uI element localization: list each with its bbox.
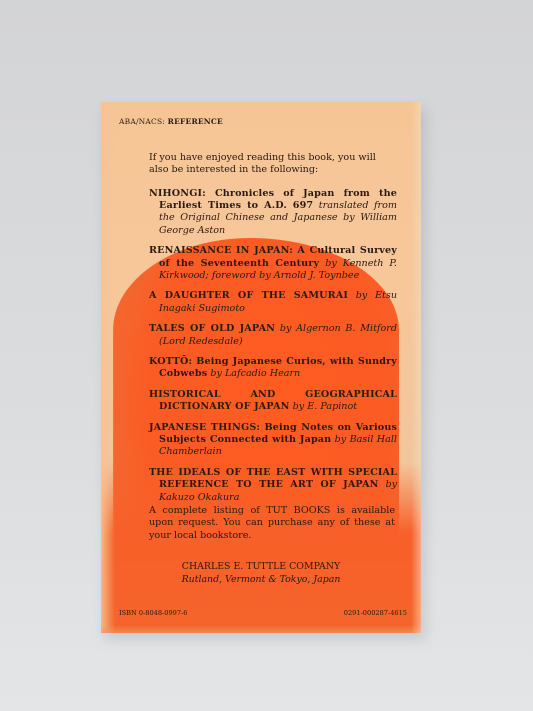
book-entry: JAPANESE THINGS: Being Notes on Various … [149,422,397,459]
category-value: REFERENCE [168,117,223,126]
book-entry: A DAUGHTER OF THE SAMURAI by Etsu Inagak… [149,290,397,314]
book-entry: RENAISSANCE IN JAPAN: A Cultural Survey … [149,245,397,282]
category-label: ABA/NACS: REFERENCE [119,117,223,126]
cover-text: ABA/NACS: REFERENCE If you have enjoyed … [101,102,421,633]
book-back-cover: ABA/NACS: REFERENCE If you have enjoyed … [101,102,421,633]
book-title: TALES OF OLD JAPAN [149,323,275,334]
publisher-name: CHARLES E. TUTTLE COMPANY [101,561,421,574]
book-entry: KOTTŌ: Being Japanese Curios, with Sundr… [149,356,397,380]
book-byline: by E. Papinot [293,401,357,412]
category-prefix: ABA/NACS: [119,117,165,126]
listing-note: A complete listing of TUT BOOKS is avail… [149,505,395,542]
publisher-address: Rutland, Vermont & Tokyo, Japan [101,574,421,587]
book-title: HISTORICAL AND GEOGRAPHICAL DICTIONARY O… [149,389,397,412]
intro-text: If you have enjoyed reading this book, y… [149,152,395,176]
publisher-block: CHARLES E. TUTTLE COMPANY Rutland, Vermo… [101,561,421,586]
book-entry: THE IDEALS OF THE EAST WITH SPECIAL REFE… [149,467,397,504]
book-entry: NIHONGI: Chronicles of Japan from the Ea… [149,188,397,237]
isbn-number: ISBN 0-8048-0997-6 [119,609,187,617]
product-code: 0291-000287-4615 [344,609,407,617]
book-byline: by Lafcadio Hearn [210,368,300,379]
book-entry: TALES OF OLD JAPAN by Algernon B. Mitfor… [149,323,397,347]
book-title: THE IDEALS OF THE EAST WITH SPECIAL REFE… [149,467,397,490]
book-title: A DAUGHTER OF THE SAMURAI [149,290,348,301]
book-entry: HISTORICAL AND GEOGRAPHICAL DICTIONARY O… [149,389,397,413]
book-list: NIHONGI: Chronicles of Japan from the Ea… [149,188,397,512]
